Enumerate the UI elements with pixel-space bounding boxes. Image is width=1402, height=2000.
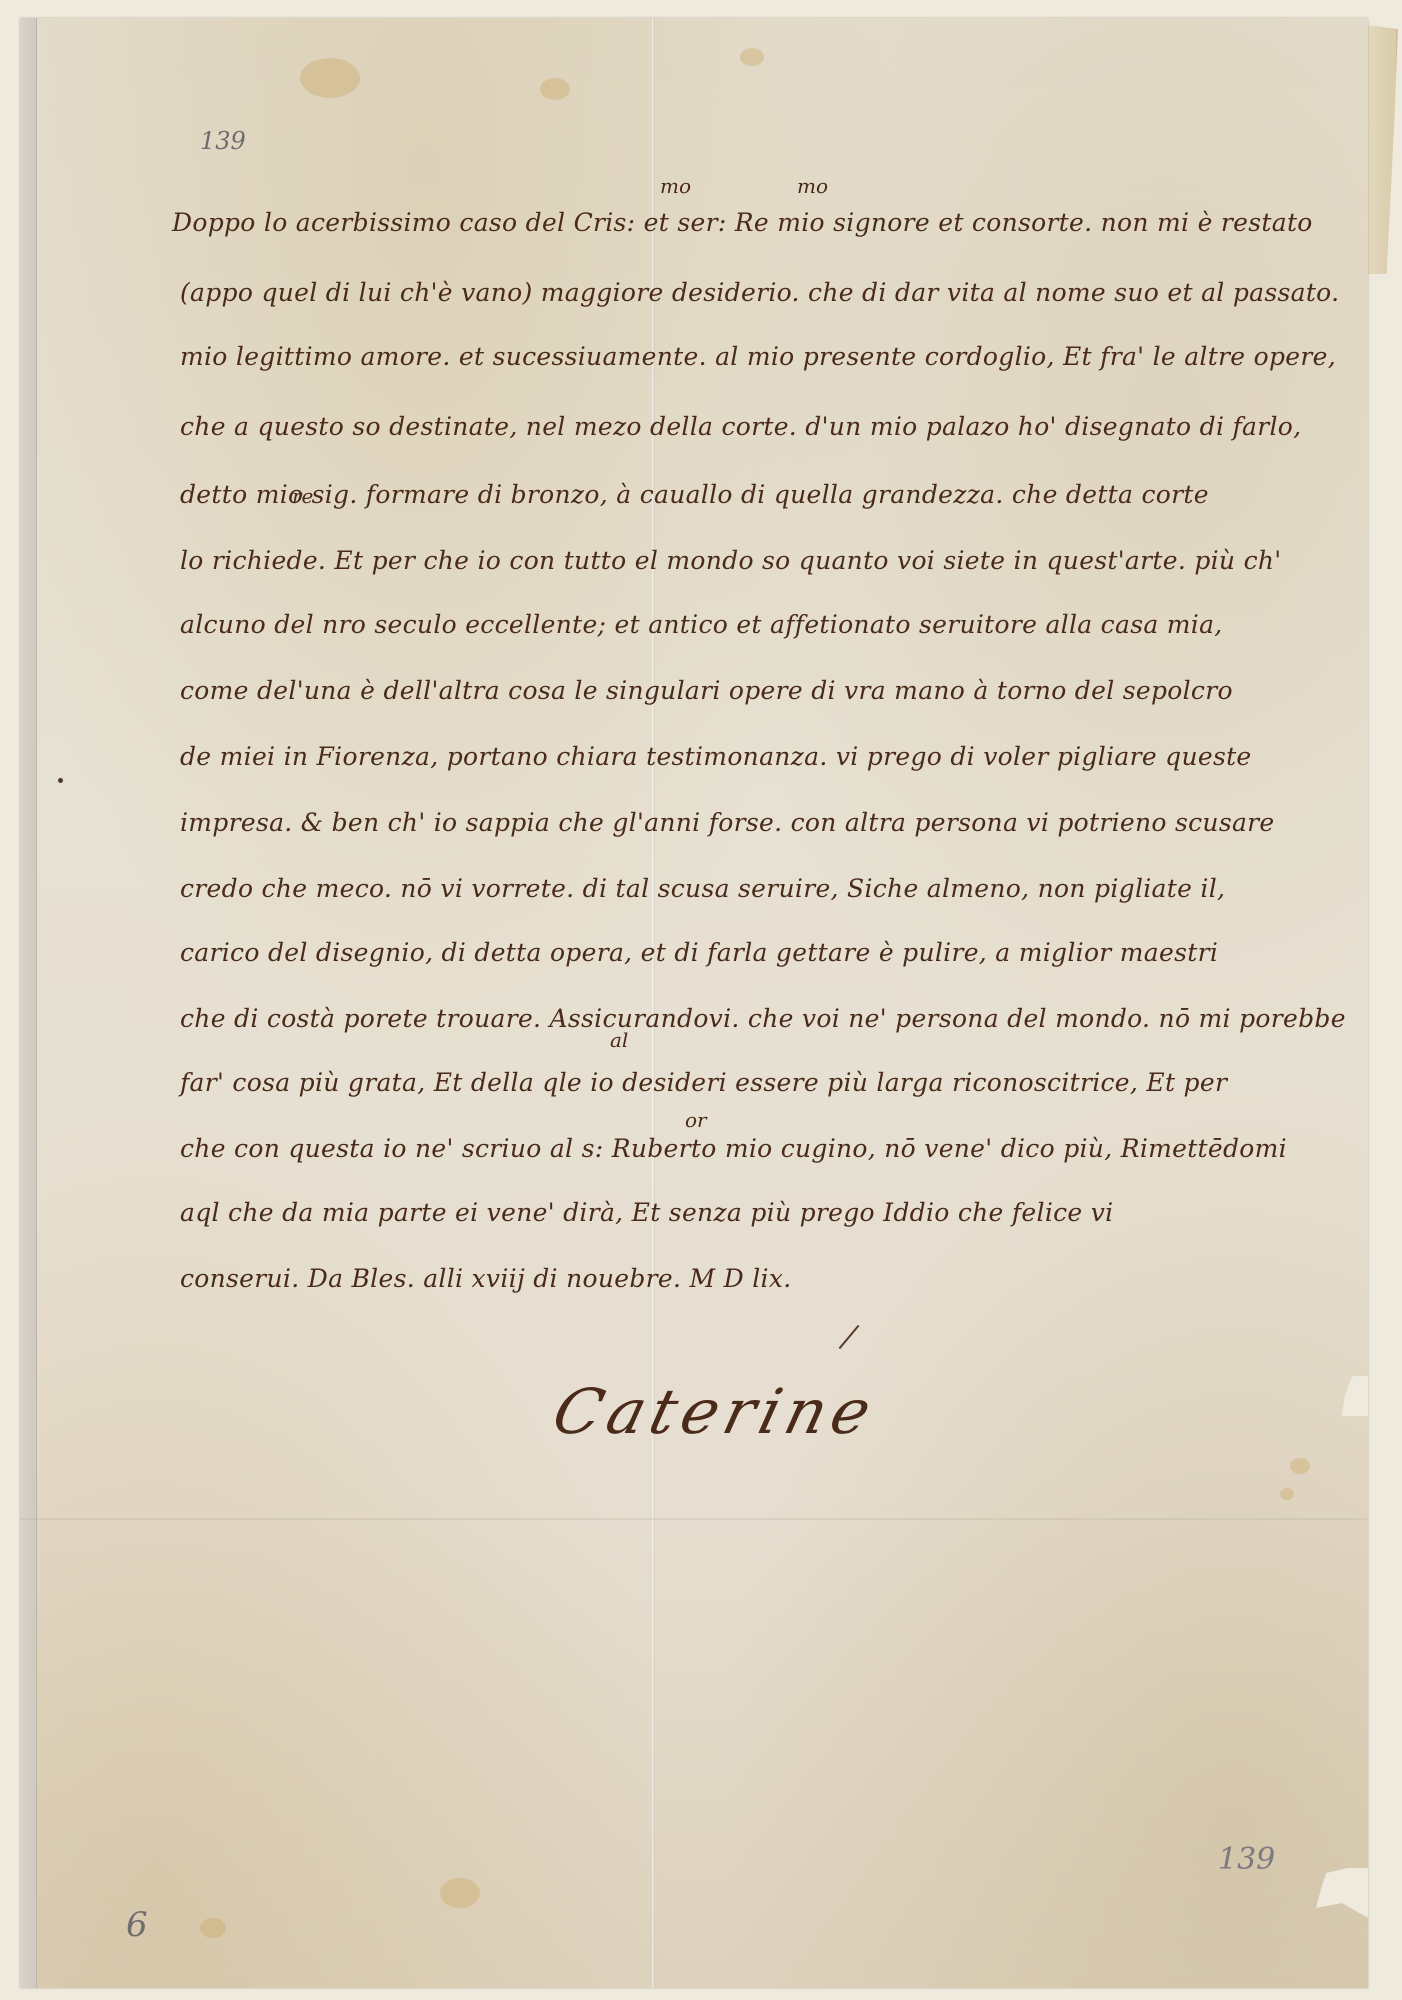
signature: Caterine <box>546 1375 884 1448</box>
letter-sheet <box>20 18 1368 1988</box>
letter-line-6: lo richiede. Et per che io con tutto el … <box>180 546 1281 575</box>
letter-line-5: detto mio sig. formare di bronzo, à caua… <box>180 480 1209 509</box>
letter-line-17: conserui. Da Bles. alli xviij di nouebre… <box>180 1264 791 1293</box>
letter-line-2: (appo quel di lui ch'è vano) maggiore de… <box>180 278 1339 307</box>
foxing-stain <box>1290 1458 1310 1474</box>
superscript: mo <box>660 174 691 198</box>
letter-line-4: che a questo so destinate, nel mezo dell… <box>180 412 1301 441</box>
superscript: mo <box>797 174 828 198</box>
letter-line-9: de miei in Fiorenza, portano chiara test… <box>180 742 1252 771</box>
letter-line-12: carico del disegnio, di detta opera, et … <box>180 938 1218 967</box>
folio-number-bottom: 139 <box>1218 1842 1275 1877</box>
letter-line-13: che di costà porete trouare. Assicurando… <box>180 1004 1346 1033</box>
letter-line-7: alcuno del nro seculo eccellente; et ant… <box>180 610 1223 639</box>
horizontal-fold-line <box>20 1518 1368 1520</box>
letter-line-3: mio legittimo amore. et sucessiuamente. … <box>180 342 1336 371</box>
letter-line-14: far' cosa più grata, Et della qle io des… <box>180 1068 1227 1097</box>
letter-line-1: Doppo lo acerbissimo caso del Cris: et s… <box>172 208 1313 237</box>
folio-mark-six: 6 <box>126 1905 148 1945</box>
letter-line-15: che con questa io ne' scriuo al s: Ruber… <box>180 1134 1287 1163</box>
ink-spot <box>58 778 63 783</box>
superscript: or <box>685 1108 707 1132</box>
foxing-stain <box>300 58 360 98</box>
mounting-strip <box>20 18 37 1988</box>
foxing-stain <box>740 48 764 66</box>
letter-line-8: come del'una è dell'altra cosa le singul… <box>180 676 1233 705</box>
foxing-stain <box>540 78 570 100</box>
folio-number-top: 139 <box>200 127 246 155</box>
paper-tear <box>1342 1376 1368 1416</box>
letter-line-16: aql che da mia parte ei vene' dirà, Et s… <box>180 1198 1113 1227</box>
foxing-stain <box>200 1918 226 1938</box>
foxing-stain <box>1280 1488 1294 1500</box>
vertical-fold-line <box>652 18 655 1988</box>
letter-line-10: impresa. & ben ch' io sappia che gl'anni… <box>180 808 1275 837</box>
paper-loss <box>1316 1868 1368 1918</box>
foxing-stain <box>440 1878 480 1908</box>
letter-line-11: credo che meco. nō vi vorrete. di tal sc… <box>180 874 1225 903</box>
